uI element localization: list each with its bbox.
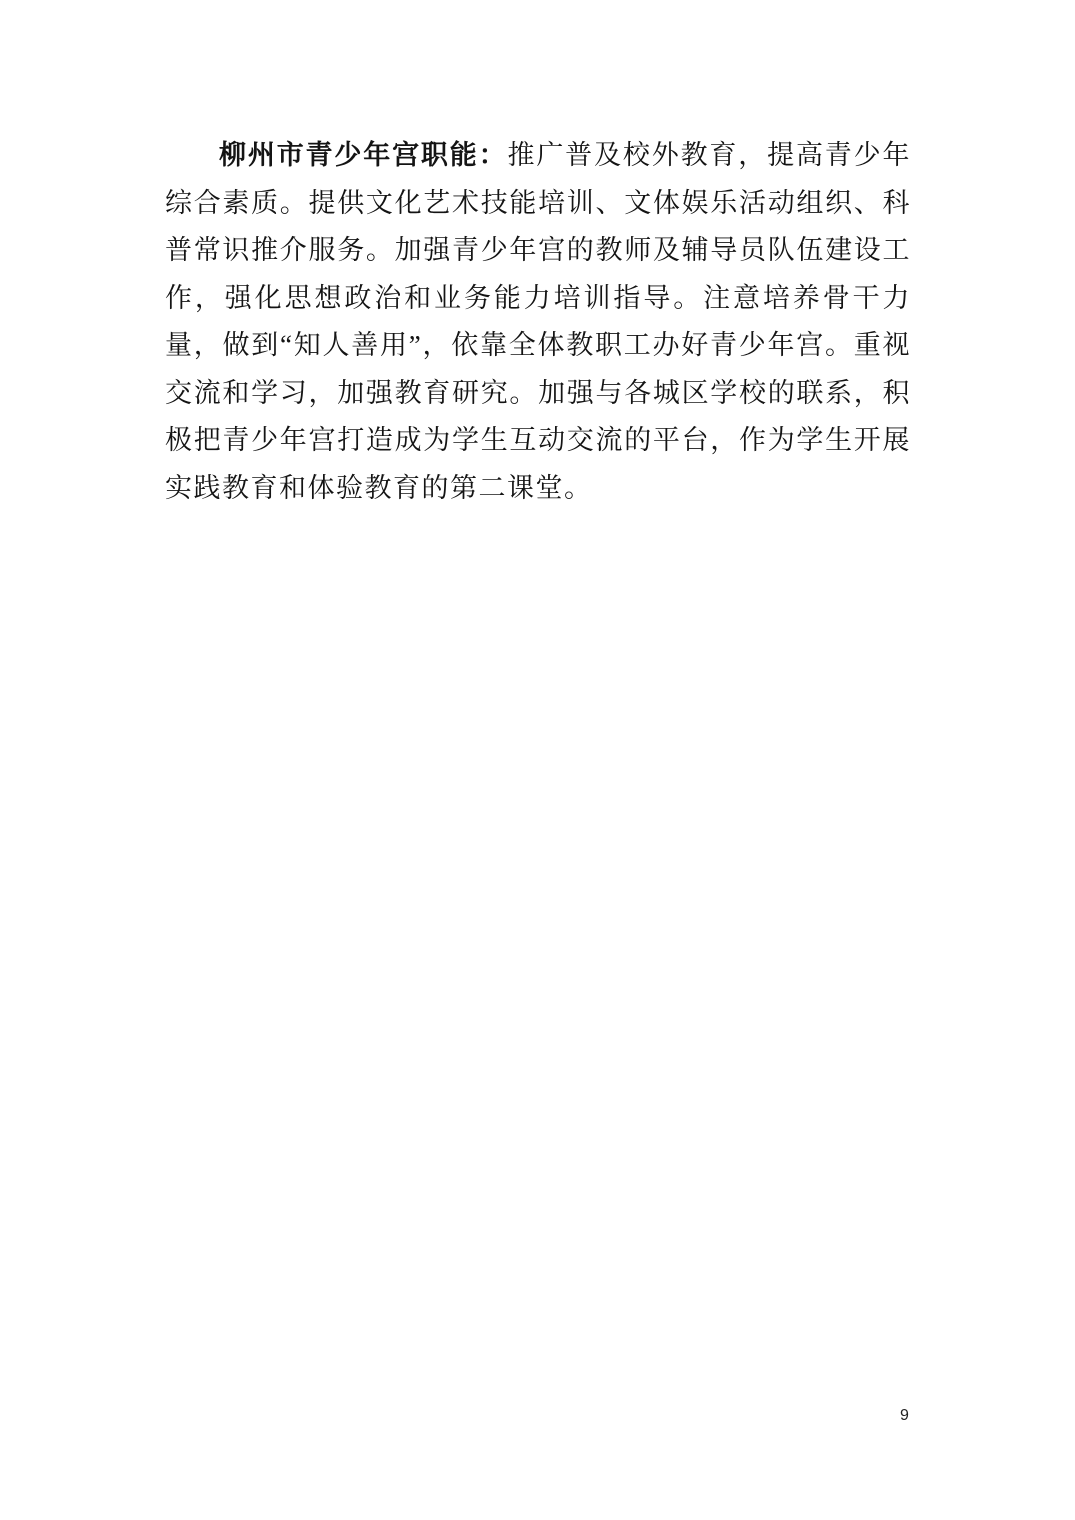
paragraph-body-text: 推广普及校外教育，提高青少年综合素质。提供文化艺术技能培训、文体娱乐活动组织、科… [165,140,911,503]
document-body: 柳州市青少年宫职能：推广普及校外教育，提高青少年综合素质。提供文化艺术技能培训、… [165,132,911,512]
page-number: 9 [900,1405,930,1427]
paragraph-run-heading: 柳州市青少年宫职能： [219,140,507,170]
document-page: 柳州市青少年宫职能：推广普及校外教育，提高青少年综合素质。提供文化艺术技能培训、… [0,0,1075,1520]
paragraph: 柳州市青少年宫职能：推广普及校外教育，提高青少年综合素质。提供文化艺术技能培训、… [165,132,911,512]
